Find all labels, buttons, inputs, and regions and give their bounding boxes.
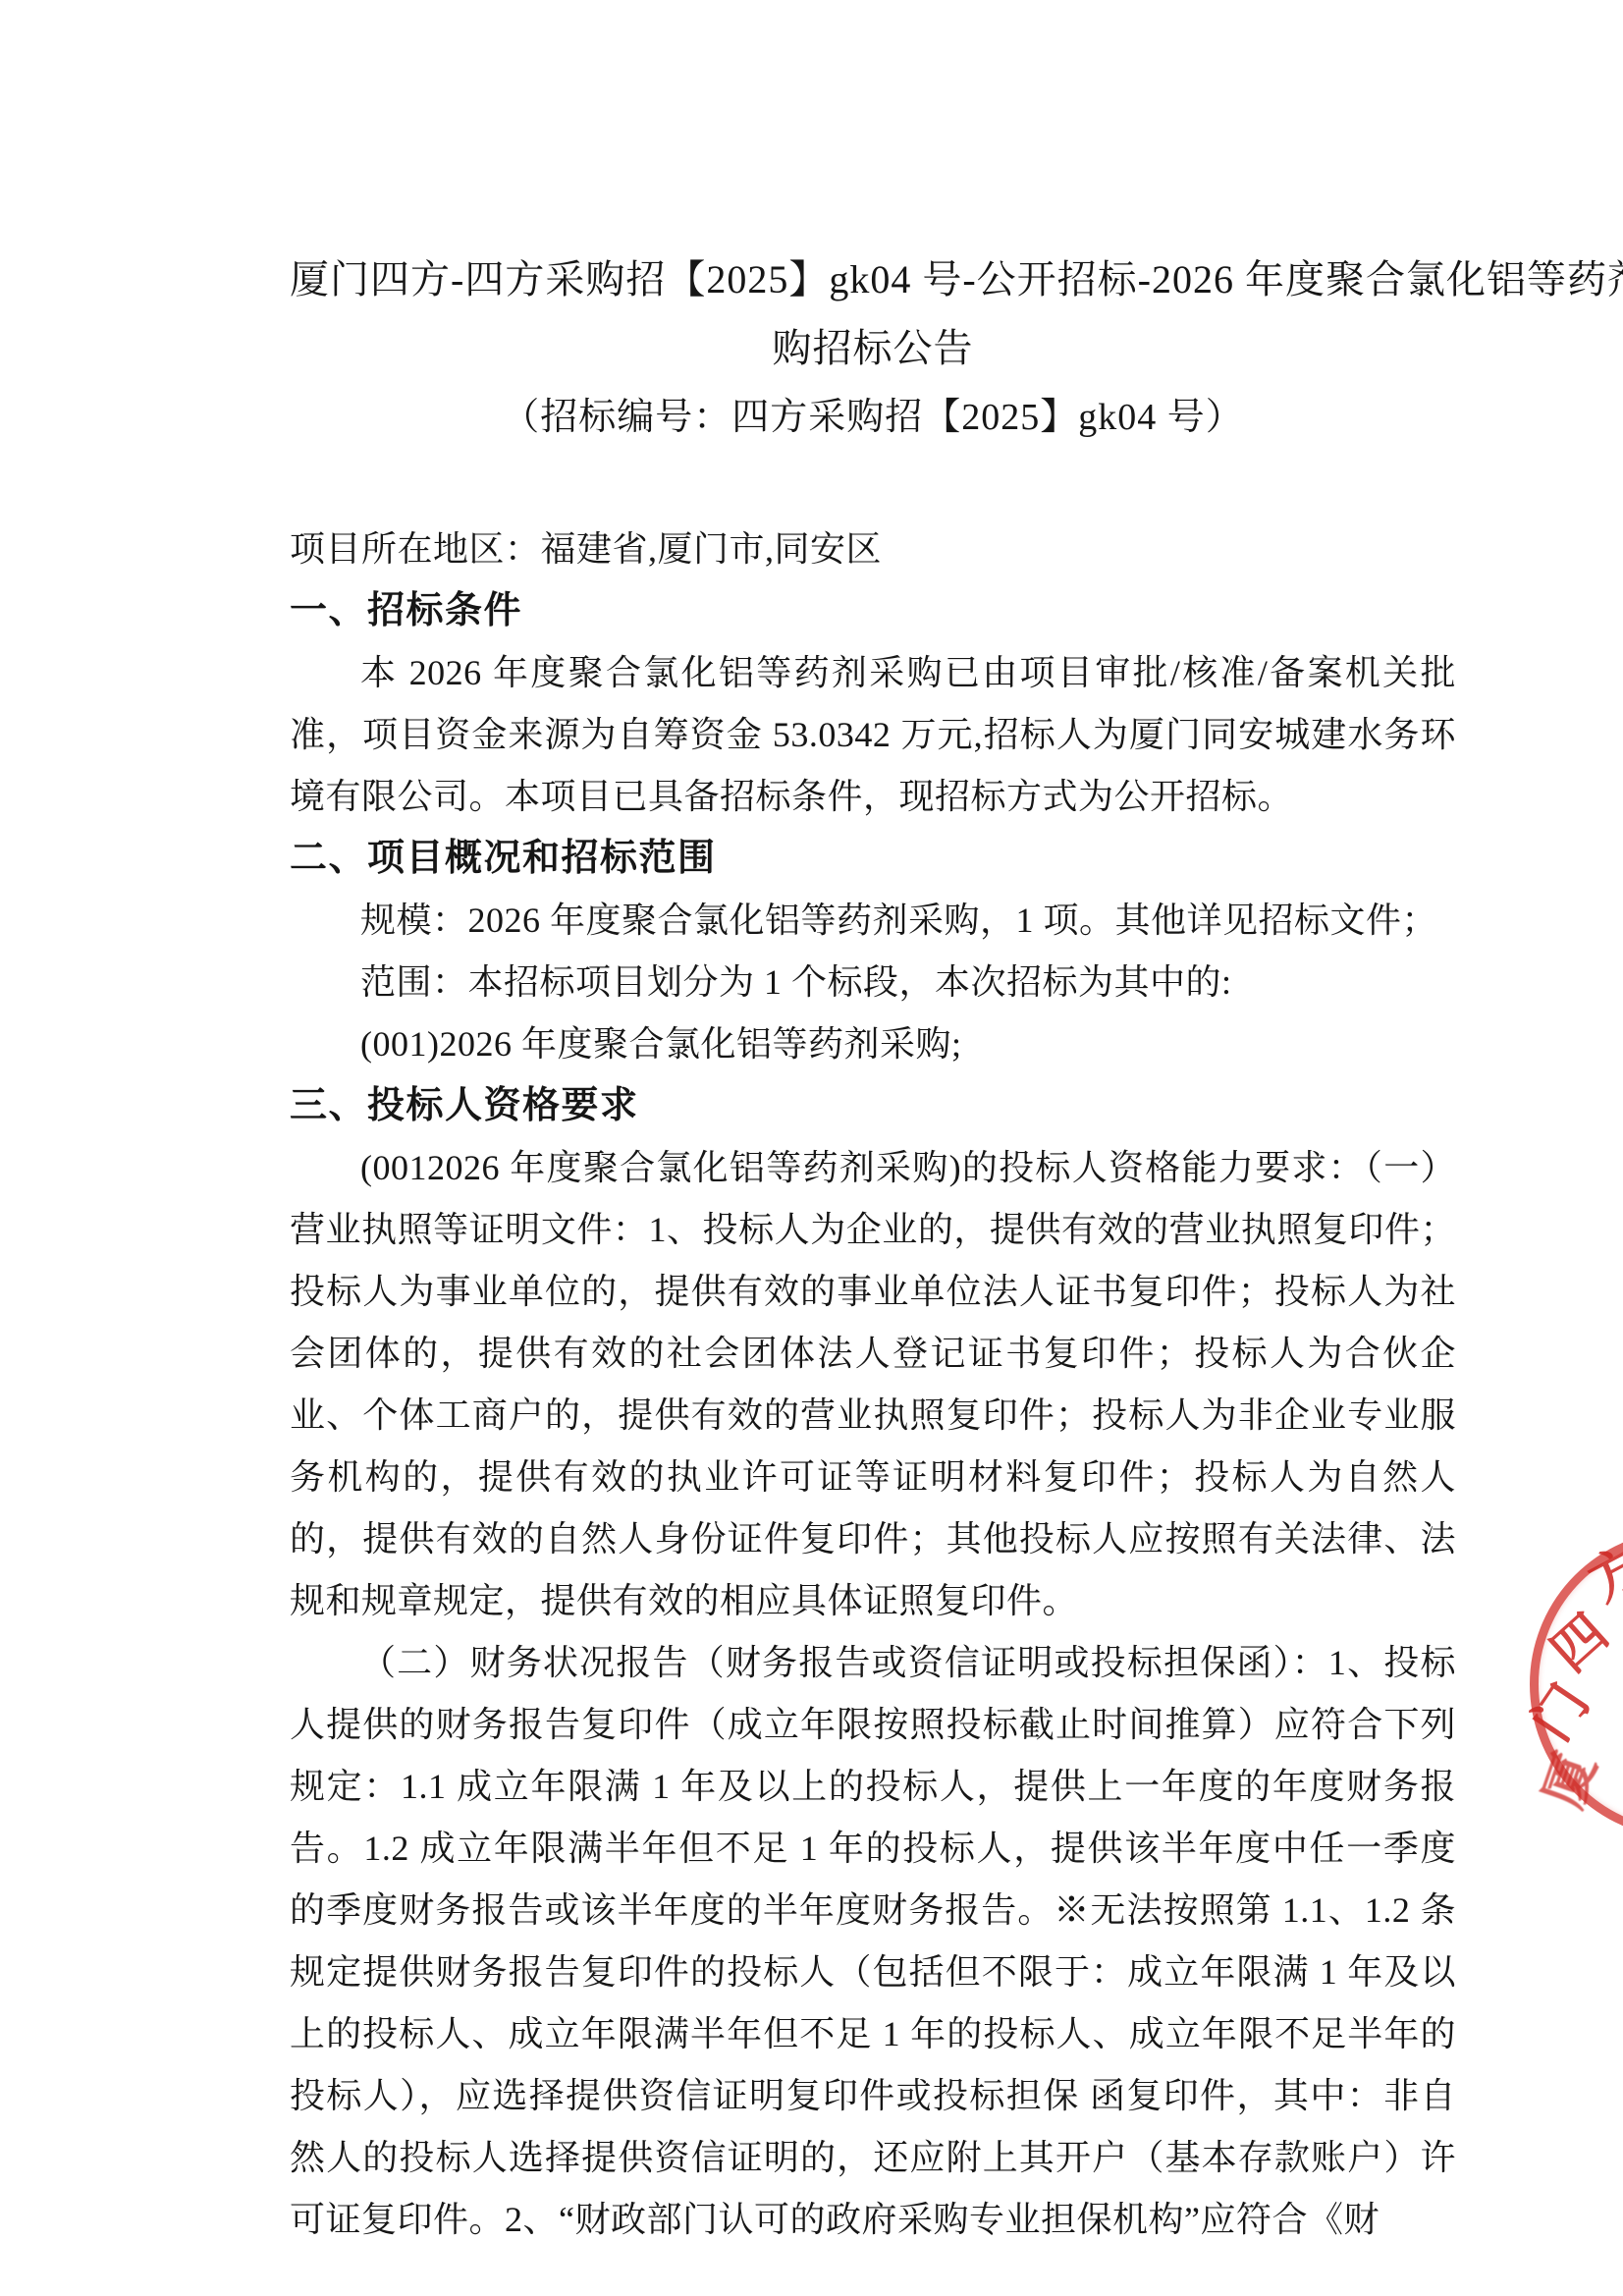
paragraph-scope: 范围：本招标项目划分为 1 个标段，本次招标为其中的: — [290, 952, 1456, 1013]
section-heading-project-overview: 二、项目概况和招标范围 — [290, 828, 1456, 890]
paragraph-qualification-financial-report: （二）财务状况报告（财务报告或资信证明或投标担保函）：1、投标人提供的财务报告复… — [290, 1632, 1456, 2251]
doc-title-line1: 厦门四方-四方采购招【2025】gk04 号-公开招标-2026 年度聚合氯化铝… — [290, 246, 1456, 314]
section-heading-bidder-qualifications: 三、投标人资格要求 — [290, 1075, 1456, 1137]
document-body: 项目所在地区：福建省,厦门市,同安区 一、招标条件 本 2026 年度聚合氯化铝… — [290, 519, 1456, 2251]
doc-subtitle-tender-number: （招标编号：四方采购招【2025】gk04 号） — [290, 383, 1456, 452]
project-location-line: 项目所在地区：福建省,厦门市,同安区 — [290, 519, 1456, 580]
title-block: 厦门四方-四方采购招【2025】gk04 号-公开招标-2026 年度聚合氯化铝… — [290, 246, 1456, 452]
paragraph-lot-001: (001)2026 年度聚合氯化铝等药剂采购; — [290, 1013, 1456, 1075]
doc-title-line2: 购招标公告 — [290, 314, 1456, 383]
paragraph-scale: 规模：2026 年度聚合氯化铝等药剂采购，1 项。其他详见招标文件； — [290, 890, 1456, 952]
paragraph-tender-conditions: 本 2026 年度聚合氯化铝等药剂采购已由项目审批/核准/备案机关批准，项目资金… — [290, 642, 1456, 828]
document-page: 厦门四方-四方采购招【2025】gk04 号-公开招标-2026 年度聚合氯化铝… — [0, 0, 1623, 2296]
document-content: 厦门四方-四方采购招【2025】gk04 号-公开招标-2026 年度聚合氯化铝… — [290, 0, 1456, 2251]
section-heading-tender-conditions: 一、招标条件 — [290, 580, 1456, 642]
paragraph-qualification-business-license: (0012026 年度聚合氯化铝等药剂采购)的投标人资格能力要求：（一）营业执照… — [290, 1137, 1456, 1632]
